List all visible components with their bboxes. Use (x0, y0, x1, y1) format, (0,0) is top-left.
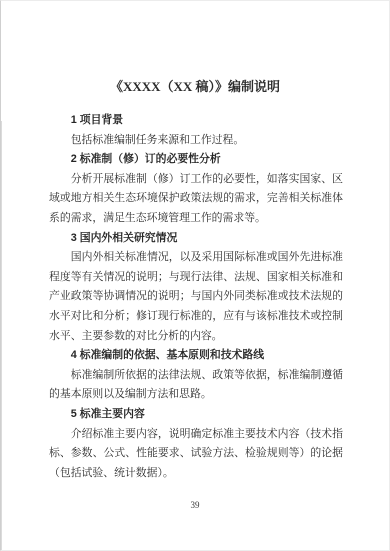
section-domestic-foreign-research: 3 国内外相关研究情况 国内外相关标准情况，以及采用国际标准或国外先进标准程度等… (49, 229, 343, 347)
section-heading: 1 项目背景 (49, 111, 343, 131)
section-paragraph: 介绍标准主要内容，说明确定标准主要技术内容（技术指标、参数、公式、性能要求、试验… (49, 425, 343, 484)
section-basis-principles-route: 4 标准编制的依据、基本原则和技术路线 标准编制所依据的法律法规、政策等依据，标… (49, 346, 343, 405)
section-heading: 4 标准编制的依据、基本原则和技术路线 (49, 346, 343, 366)
section-paragraph: 标准编制所依据的法律法规、政策等依据，标准编制遵循的基本原则以及编制方法和思路。 (49, 366, 343, 405)
section-paragraph: 国内外相关标准情况，以及采用国际标准或国外先进标准程度等有关情况的说明；与现行法… (49, 248, 343, 346)
section-heading: 5 标准主要内容 (49, 405, 343, 425)
section-paragraph: 分析开展标准制（修）订工作的必要性，如落实国家、区域或地方相关生态环境保护政策法… (49, 170, 343, 229)
document-body: 1 项目背景 包括标准编制任务来源和工作过程。 2 标准制（修）订的必要性分析 … (49, 111, 343, 483)
document-page: 《XXXX（XX 稿）》编制说明 1 项目背景 包括标准编制任务来源和工作过程。… (0, 0, 390, 551)
section-necessity-analysis: 2 标准制（修）订的必要性分析 分析开展标准制（修）订工作的必要性，如落实国家、… (49, 150, 343, 228)
section-paragraph: 包括标准编制任务来源和工作过程。 (49, 131, 343, 151)
document-title: 《XXXX（XX 稿）》编制说明 (1, 79, 389, 95)
section-heading: 2 标准制（修）订的必要性分析 (49, 150, 343, 170)
section-project-background: 1 项目背景 包括标准编制任务来源和工作过程。 (49, 111, 343, 150)
page-number: 39 (1, 500, 389, 511)
section-heading: 3 国内外相关研究情况 (49, 229, 343, 249)
section-main-content: 5 标准主要内容 介绍标准主要内容，说明确定标准主要技术内容（技术指标、参数、公… (49, 405, 343, 483)
scan-edge-artifact (1, 121, 2, 551)
